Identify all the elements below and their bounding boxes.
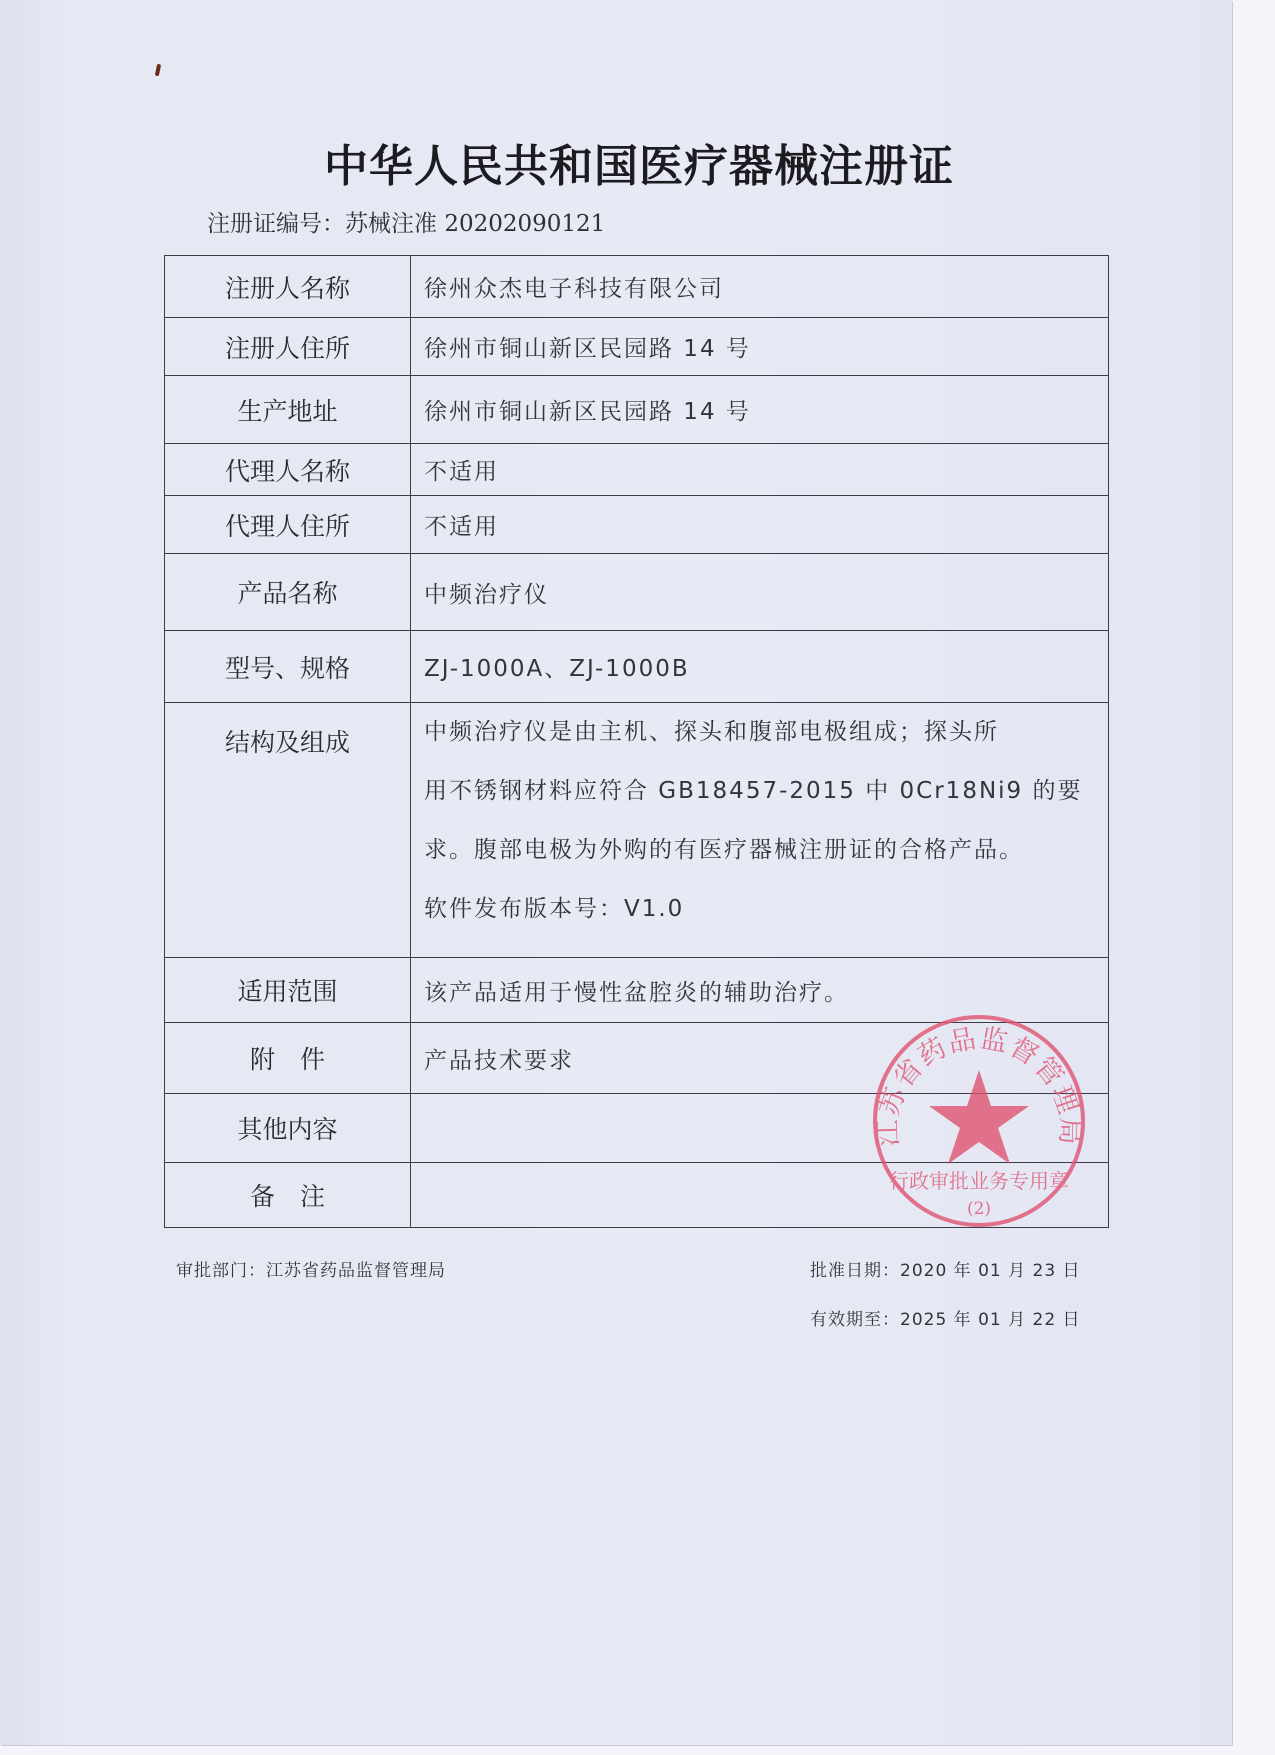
row-value: 不适用 bbox=[411, 444, 1109, 496]
approval-department: 审批部门：江苏省药品监督管理局 bbox=[176, 1256, 446, 1281]
valid-until-date: 有效期至：2025 年 01 月 22 日 bbox=[810, 1305, 1081, 1330]
row-value: ZJ-1000A、ZJ-1000B bbox=[411, 631, 1109, 703]
structure-line: 软件发布版本号：V1.0 bbox=[424, 880, 1108, 939]
row-label: 型号、规格 bbox=[165, 631, 411, 703]
table-row: 产品名称 中频治疗仪 bbox=[165, 554, 1109, 631]
row-value: 徐州市铜山新区民园路 14 号 bbox=[411, 376, 1109, 444]
registration-number: 注册证编号：苏械注准 20202090121 bbox=[207, 205, 605, 238]
row-label: 代理人住所 bbox=[165, 496, 411, 554]
row-value-multiline: 中频治疗仪是由主机、探头和腹部电极组成；探头所 用不锈钢材料应符合 GB1845… bbox=[411, 703, 1109, 958]
row-label: 注册人住所 bbox=[165, 318, 411, 376]
row-label: 其他内容 bbox=[165, 1094, 411, 1163]
row-label: 结构及组成 bbox=[165, 703, 411, 958]
structure-line: 求。腹部电极为外购的有医疗器械注册证的合格产品。 bbox=[424, 821, 1108, 880]
registration-number-label: 注册证编号： bbox=[207, 211, 345, 237]
structure-line: 中频治疗仪是由主机、探头和腹部电极组成；探头所 bbox=[424, 703, 1108, 762]
row-value: 中频治疗仪 bbox=[411, 554, 1109, 631]
certificate-paper: 中华人民共和国医疗器械注册证 注册证编号：苏械注准 20202090121 注册… bbox=[0, 0, 1232, 1745]
row-value: 徐州市铜山新区民园路 14 号 bbox=[411, 318, 1109, 376]
registration-number-value: 20202090121 bbox=[444, 211, 605, 237]
row-value: 徐州众杰电子科技有限公司 bbox=[411, 256, 1109, 318]
paper-speck bbox=[155, 64, 161, 77]
structure-line: 用不锈钢材料应符合 GB18457-2015 中 0Cr18Ni9 的要 bbox=[424, 762, 1108, 821]
table-row: 代理人名称 不适用 bbox=[165, 444, 1109, 496]
official-seal-stamp: 江苏省药品监督管理局 行政审批业务专用章 (2) bbox=[870, 1012, 1088, 1230]
row-label: 代理人名称 bbox=[165, 444, 411, 496]
table-row: 代理人住所 不适用 bbox=[165, 496, 1109, 554]
table-row: 注册人名称 徐州众杰电子科技有限公司 bbox=[165, 256, 1109, 318]
table-row: 型号、规格 ZJ-1000A、ZJ-1000B bbox=[165, 631, 1109, 703]
registration-number-prefix: 苏械注准 bbox=[345, 211, 437, 237]
row-value: 不适用 bbox=[411, 496, 1109, 554]
row-label: 备 注 bbox=[165, 1163, 411, 1228]
row-label: 生产地址 bbox=[165, 376, 411, 444]
table-row: 注册人住所 徐州市铜山新区民园路 14 号 bbox=[165, 318, 1109, 376]
table-row: 结构及组成 中频治疗仪是由主机、探头和腹部电极组成；探头所 用不锈钢材料应符合 … bbox=[165, 703, 1109, 958]
row-label: 产品名称 bbox=[165, 554, 411, 631]
row-label: 附 件 bbox=[165, 1023, 411, 1094]
stamp-purpose-text: 行政审批业务专用章 bbox=[889, 1169, 1069, 1193]
document-title: 中华人民共和国医疗器械注册证 bbox=[0, 130, 1232, 194]
star-icon bbox=[929, 1070, 1029, 1164]
row-label: 注册人名称 bbox=[165, 256, 411, 318]
stamp-serial: (2) bbox=[967, 1199, 991, 1219]
row-label: 适用范围 bbox=[165, 958, 411, 1023]
approval-date: 批准日期：2020 年 01 月 23 日 bbox=[810, 1256, 1081, 1281]
table-row: 生产地址 徐州市铜山新区民园路 14 号 bbox=[165, 376, 1109, 444]
